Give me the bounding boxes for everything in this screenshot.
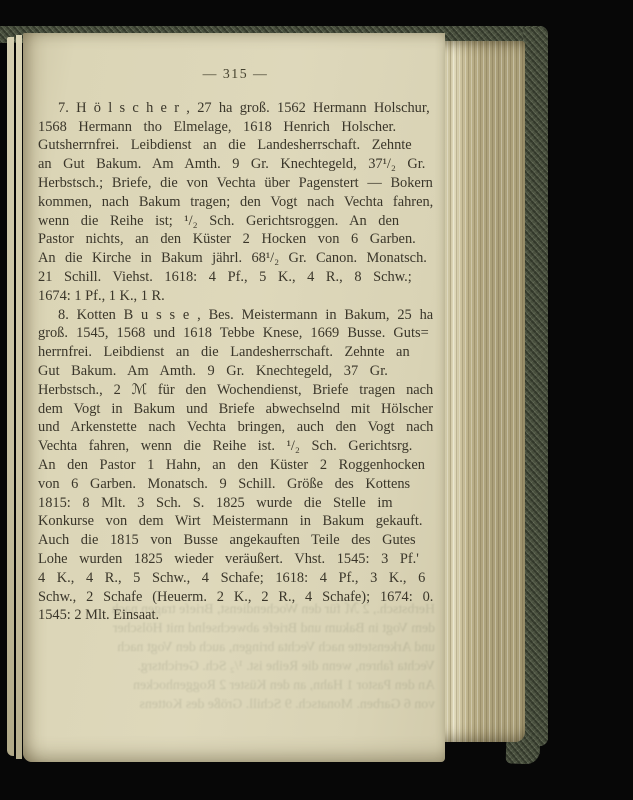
- text-line: Schw., 2 Schafe (Heuerm. 2 K., 2 R., 4 S…: [38, 588, 433, 607]
- body-text: 7. H ö l s c h e r , 27 ha groß. 1562 He…: [38, 99, 433, 625]
- text-line: Lohe wurden 1825 wieder veräußert. Vhst.…: [38, 550, 433, 569]
- text-line: an Gut Bakum. Am Amth. 9 Gr. Knechtegeld…: [38, 155, 433, 174]
- text-line: 1545: 2 Mlt. Einsaat.: [38, 606, 433, 625]
- text-line: Gut Bakum. Am Amth. 9 Gr. Knechtegeld, 3…: [38, 362, 433, 381]
- bleedthrough-line: An den Pastor 1 Hahn, an den Küster 2 Ro…: [85, 675, 435, 694]
- text-line: 8. Kotten B u s s e , Bes. Meistermann i…: [38, 306, 433, 325]
- text-line: 4 K., 4 R., 5 Schw., 4 Schafe; 1618: 4 P…: [38, 569, 433, 588]
- book-photo: — 315 — 7. H ö l s c h e r , 27 ha groß.…: [0, 0, 633, 800]
- text-line: 1674: 1 Pf., 1 K., 1 R.: [38, 287, 433, 306]
- text-line: kommen, nach Bakum tragen; den Vogt nach…: [38, 193, 433, 212]
- left-page-edge: [16, 35, 22, 759]
- text-line: Herbstsch.; Briefe, die von Vechta über …: [38, 174, 433, 193]
- book-cover-edge-right: [523, 27, 548, 746]
- page-number: — 315 —: [38, 65, 433, 84]
- text-line: 1568 Hermann tho Elmelage, 1618 Henrich …: [38, 118, 433, 137]
- text-line: Gutsherrnfrei. Leibdienst an die Landesh…: [38, 136, 433, 155]
- text-line: Pastor nichts, an den Küster 2 Hocken vo…: [38, 230, 433, 249]
- text-line: An die Kirche in Bakum jährl. 68¹/₂ Gr. …: [38, 249, 433, 268]
- text-line: von 6 Garben. Monatsch. 9 Schill. Größe …: [38, 475, 433, 494]
- text-line: wenn die Reihe ist; ¹/₂ Sch. Gerichtsrog…: [38, 212, 433, 231]
- text-line: 7. H ö l s c h e r , 27 ha groß. 1562 He…: [38, 99, 433, 118]
- text-line: An den Pastor 1 Hahn, an den Küster 2 Ro…: [38, 456, 433, 475]
- text-line: 21 Schill. Viehst. 1618: 4 Pf., 5 K., 4 …: [38, 268, 433, 287]
- text-line: Konkurse von dem Wirt Meistermann in Bak…: [38, 512, 433, 531]
- text-line: und Arkenstette nach Vechta bringen, auc…: [38, 418, 433, 437]
- text-line: Vechta fahren, wenn die Reihe ist. ¹/₂ S…: [38, 437, 433, 456]
- bleedthrough-line: von 6 Garben. Monatsch. 9 Schill. Größe …: [85, 694, 435, 713]
- left-page-edge: [7, 37, 14, 756]
- bleedthrough-line: Vechta fahren, wenn die Reihe ist. ¹/₂ S…: [85, 656, 435, 675]
- text-column: — 315 — 7. H ö l s c h e r , 27 ha groß.…: [38, 65, 433, 625]
- fore-edge-page-stack: [441, 41, 525, 742]
- text-line: 1815: 8 Mlt. 3 Sch. S. 1825 wurde die St…: [38, 494, 433, 513]
- bleedthrough-line: und Arkenstette nach Vechta bringen, auc…: [85, 637, 435, 656]
- text-line: herrnfrei. Leibdienst an die Landesherrs…: [38, 343, 433, 362]
- text-line: dem Vogt in Bakum und Briefe abwechselnd…: [38, 400, 433, 419]
- text-line: Herbstsch., 2 ℳ für den Wochendienst, Br…: [38, 381, 433, 400]
- text-line: groß. 1545, 1568 und 1618 Tebbe Knese, 1…: [38, 324, 433, 343]
- book-page: — 315 — 7. H ö l s c h e r , 27 ha groß.…: [23, 33, 445, 762]
- text-line: Auch die 1815 von Busse angekauften Teil…: [38, 531, 433, 550]
